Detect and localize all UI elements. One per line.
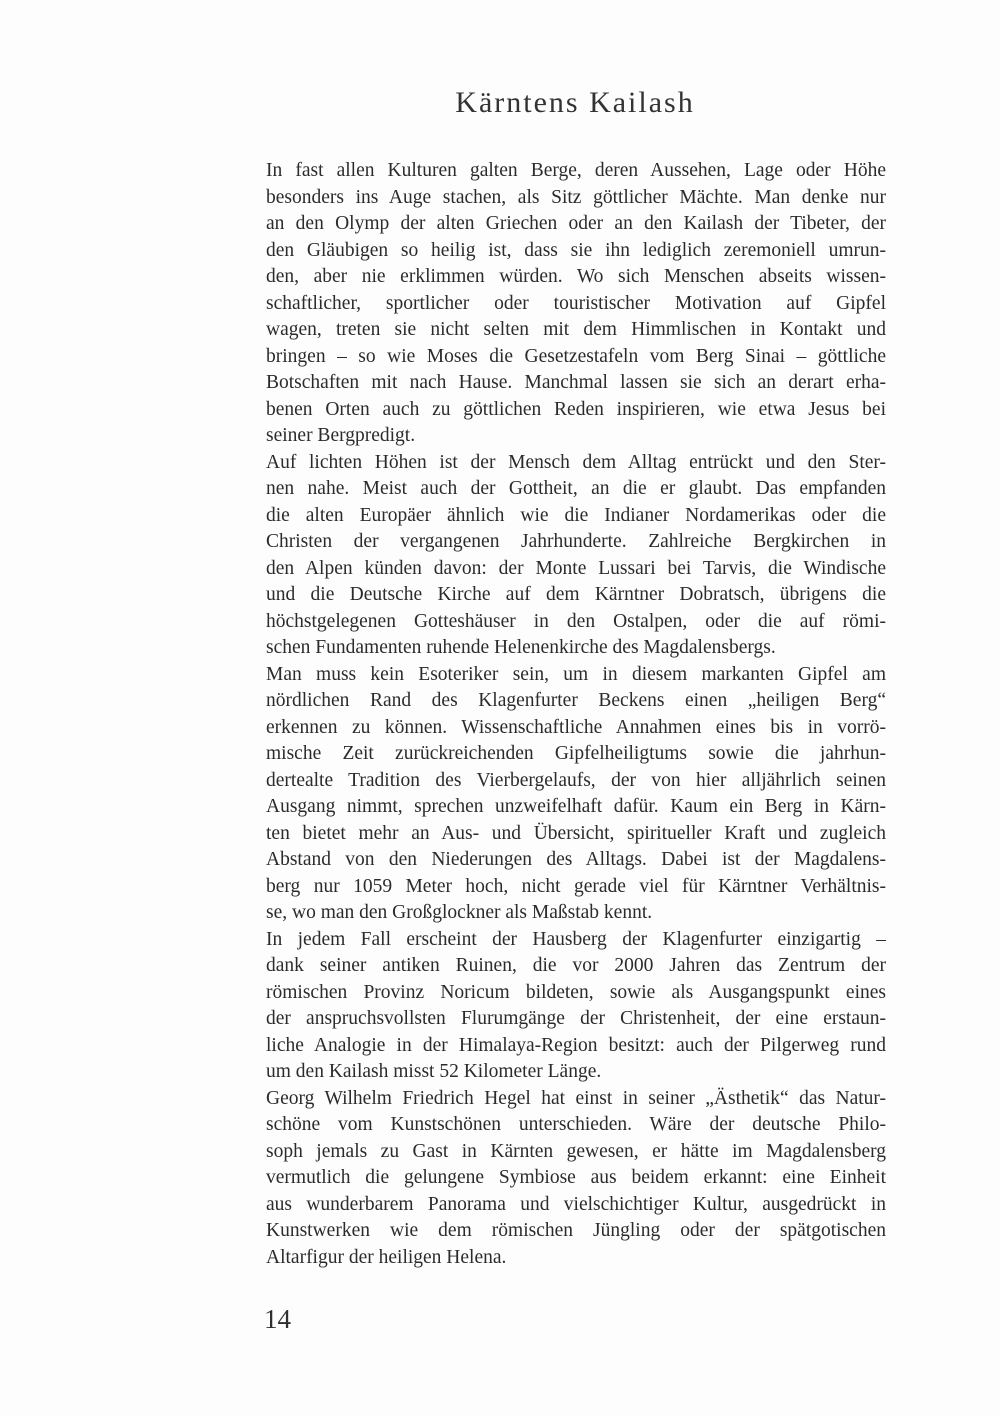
text-line: aus wunderbarem Panorama und vielschicht… [266, 1192, 886, 1219]
text-line: der anspruchsvollsten Flurumgänge der Ch… [266, 1006, 886, 1033]
body-text-column: In fast allen Kulturen galten Berge, der… [266, 158, 886, 1271]
text-line: Georg Wilhelm Friedrich Hegel hat einst … [266, 1086, 886, 1113]
text-line: Ausgang nimmt, sprechen unzweifelhaft da… [266, 794, 886, 821]
text-line: schen Fundamenten ruhende Helenenkirche … [266, 635, 886, 662]
text-line: dank seiner antiken Ruinen, die vor 2000… [266, 953, 886, 980]
text-line: erkennen zu können. Wissenschaftliche An… [266, 715, 886, 742]
text-line: schaftlicher, sportlicher oder touristis… [266, 291, 886, 318]
text-line: In jedem Fall erscheint der Hausberg der… [266, 927, 886, 954]
text-line: Kunstwerken wie dem römischen Jüngling o… [266, 1218, 886, 1245]
text-line: In fast allen Kulturen galten Berge, der… [266, 158, 886, 185]
page-number: 14 [264, 1305, 291, 1335]
text-line: um den Kailash misst 52 Kilometer Länge. [266, 1059, 886, 1086]
text-line: benen Orten auch zu göttlichen Reden ins… [266, 397, 886, 424]
text-line: bringen – so wie Moses die Gesetzestafel… [266, 344, 886, 371]
text-line: Altarfigur der heiligen Helena. [266, 1245, 886, 1272]
text-line: höchstgelegenen Gotteshäuser in den Osta… [266, 609, 886, 636]
text-line: die alten Europäer ähnlich wie die India… [266, 503, 886, 530]
text-line: liche Analogie in der Himalaya-Region be… [266, 1033, 886, 1060]
text-line: dertealte Tradition des Vierbergelaufs, … [266, 768, 886, 795]
text-line: schöne vom Kunstschönen unterschieden. W… [266, 1112, 886, 1139]
text-line: nördlichen Rand des Klagenfurter Beckens… [266, 688, 886, 715]
text-line: se, wo man den Großglockner als Maßstab … [266, 900, 886, 927]
text-line: Abstand von den Niederungen des Alltags.… [266, 847, 886, 874]
text-line: Man muss kein Esoteriker sein, um in die… [266, 662, 886, 689]
text-line: an den Olymp der alten Griechen oder an … [266, 211, 886, 238]
text-line: ten bietet mehr an Aus- und Übersicht, s… [266, 821, 886, 848]
text-line: den, aber nie erklimmen würden. Wo sich … [266, 264, 886, 291]
text-line: seiner Bergpredigt. [266, 423, 886, 450]
text-line: Auf lichten Höhen ist der Mensch dem All… [266, 450, 886, 477]
text-line: Botschaften mit nach Hause. Manchmal las… [266, 370, 886, 397]
text-line: berg nur 1059 Meter hoch, nicht gerade v… [266, 874, 886, 901]
text-line: nen nahe. Meist auch der Gottheit, an di… [266, 476, 886, 503]
text-line: besonders ins Auge stachen, als Sitz göt… [266, 185, 886, 212]
text-line: wagen, treten sie nicht selten mit dem H… [266, 317, 886, 344]
text-line: vermutlich die gelungene Symbiose aus be… [266, 1165, 886, 1192]
text-line: römischen Provinz Noricum bildeten, sowi… [266, 980, 886, 1007]
page-title: Kärntens Kailash [265, 86, 885, 119]
text-line: und die Deutsche Kirche auf dem Kärntner… [266, 582, 886, 609]
text-line: soph jemals zu Gast in Kärnten gewesen, … [266, 1139, 886, 1166]
book-page: Kärntens Kailash In fast allen Kulturen … [0, 0, 1000, 1415]
text-line: den Gläubigen so heilig ist, dass sie ih… [266, 238, 886, 265]
text-line: Christen der vergangenen Jahrhunderte. Z… [266, 529, 886, 556]
text-line: mische Zeit zurückreichenden Gipfelheili… [266, 741, 886, 768]
text-line: den Alpen künden davon: der Monte Lussar… [266, 556, 886, 583]
